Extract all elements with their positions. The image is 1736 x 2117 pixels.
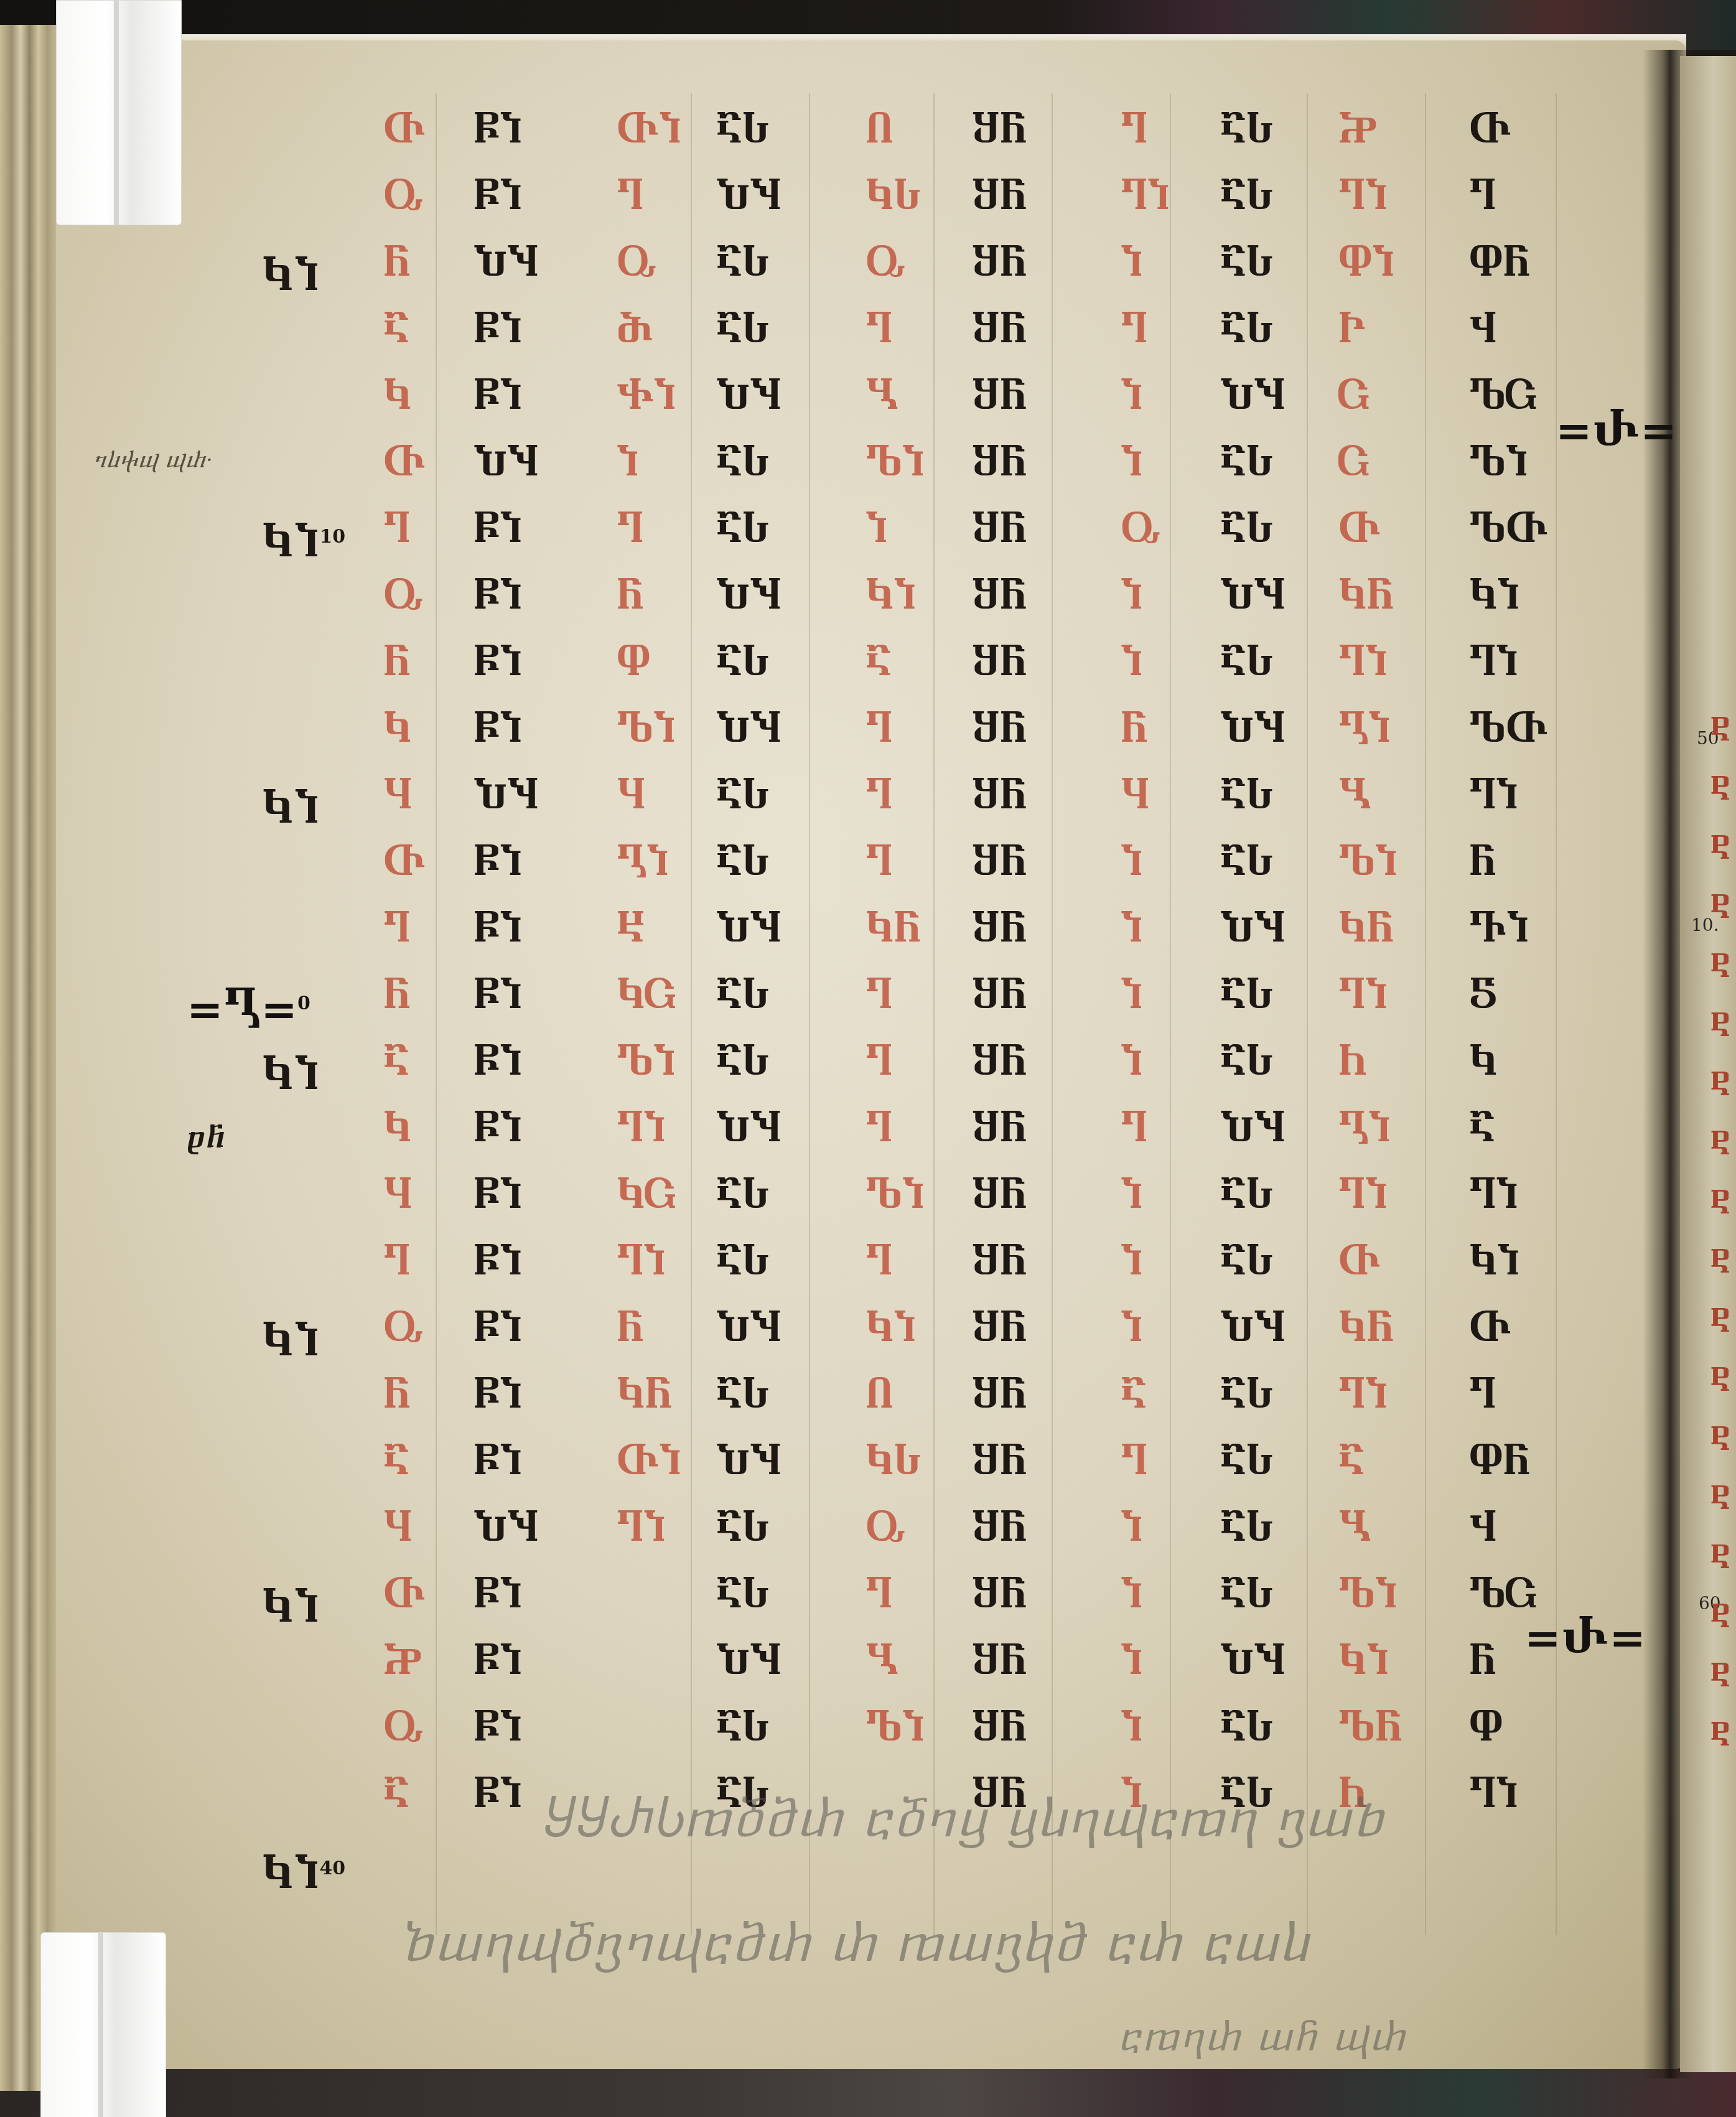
- table-cell: ႼႨ: [473, 578, 521, 614]
- table-cell: ႩႨ: [865, 578, 915, 614]
- table-cell: Ⴄ: [1468, 1377, 1495, 1413]
- table-cell: Ⴞ: [616, 911, 644, 947]
- table-cell: ႪႺ: [1468, 1577, 1537, 1613]
- table-cell: ႪႨ: [616, 1044, 674, 1080]
- table-cell: Ⴄ: [865, 1044, 892, 1080]
- background-cloth-bottom: [0, 2066, 1736, 2117]
- table-cell: ႠႱ: [1220, 1577, 1273, 1613]
- table-cell: ႼႨ: [473, 978, 521, 1014]
- table-cell: ႸႬ: [971, 1177, 1027, 1213]
- table-cell: ႤႨ: [1468, 1177, 1518, 1213]
- table-cell: ႮႯ: [716, 911, 781, 947]
- table-cell: Ⴈ: [1120, 445, 1142, 481]
- table-cell: Ⴈ: [1120, 844, 1142, 881]
- table-cell: Ⴄ: [865, 1244, 892, 1280]
- table-cell: ႩႬ: [1338, 911, 1394, 947]
- facing-page-red-glyph: Ⴒ: [1710, 893, 1730, 925]
- table-cell: Ⴝ: [1468, 978, 1497, 1014]
- table-cell: Ⴈ: [1120, 1244, 1142, 1280]
- table-cell: ႩႺ: [616, 978, 676, 1014]
- table-cell: ႸႬ: [971, 112, 1027, 148]
- table-cell: ႼႨ: [473, 1577, 521, 1613]
- table-cell: ႠႱ: [716, 1710, 769, 1746]
- table-cell: Ⴟ: [383, 1643, 421, 1680]
- table-cell: Ⴣ: [1468, 1510, 1496, 1546]
- left-margin-row-marker: ႩႨ: [261, 786, 320, 833]
- table-cell: ႮႯ: [473, 445, 538, 481]
- table-cell: Ⴄ: [1120, 1444, 1147, 1480]
- facing-page-red-glyph: Ⴒ: [1710, 1189, 1730, 1220]
- table-cell: ႼႨ: [473, 844, 521, 881]
- table-cell: Ⴔ: [616, 645, 650, 681]
- table-cell: ႮႯ: [716, 578, 781, 614]
- table-cell: ႸႬ: [971, 1510, 1027, 1546]
- table-cell: ႩႬ: [1338, 1311, 1394, 1347]
- table-cell: Ⴈ: [1120, 1311, 1142, 1347]
- table-cell: Ⴄ: [1468, 179, 1495, 215]
- table-cell: ႠႱ: [716, 1044, 769, 1080]
- table-cell: Ⴌ: [1468, 1643, 1496, 1680]
- table-cell: ႸႬ: [971, 1377, 1027, 1413]
- table-cell: ႼႨ: [473, 1710, 521, 1746]
- table-cell: ႩႨ: [1468, 1244, 1519, 1280]
- table-cell: ႸႬ: [971, 1643, 1027, 1680]
- table-cell: ႸႬ: [971, 578, 1027, 614]
- table-cell: ႪႨ: [1338, 1577, 1396, 1613]
- table-cell: ႤႨ: [1338, 978, 1387, 1014]
- table-cell: ႠႱ: [716, 1377, 769, 1413]
- table-cell: Ⴡ: [1338, 312, 1366, 348]
- table-cell: ႪႨ: [1338, 844, 1396, 881]
- table-cell: ႸႬ: [971, 1577, 1027, 1613]
- table-cell: ႮႯ: [716, 378, 781, 414]
- table-cell: ႵႨ: [616, 378, 675, 414]
- table-cell: Ⴍ: [616, 245, 656, 281]
- table-cell: ႴႨ: [1338, 245, 1394, 281]
- facing-page-red-glyph: Ⴒ: [1710, 1307, 1730, 1339]
- table-cell: ႠႱ: [1220, 445, 1273, 481]
- table-cell: ႠႱ: [1220, 1177, 1273, 1213]
- table-cell: Ⴇ: [1468, 112, 1511, 148]
- table-cell: Ⴄ: [1120, 1111, 1147, 1147]
- table-cell: ႼႨ: [473, 1643, 521, 1680]
- left-margin-row-marker: ႩႨ: [261, 1052, 320, 1099]
- facing-page-red-glyph: Ⴒ: [1710, 1070, 1730, 1102]
- table-cell: ႤႨ: [1468, 778, 1518, 814]
- table-cell: ႪႧ: [1468, 711, 1547, 747]
- table-cell: ႪႧ: [1468, 512, 1547, 548]
- table-cell: ႮႯ: [1220, 1643, 1285, 1680]
- table-cell: ႼႨ: [473, 1444, 521, 1480]
- table-cell: ႩႺ: [616, 1177, 676, 1213]
- table-cell: Ⴚ: [1338, 378, 1370, 414]
- table-cell: ႤႨ: [1120, 179, 1169, 215]
- table-cell: Ⴈ: [1120, 245, 1142, 281]
- table-cell: ႮႯ: [473, 778, 538, 814]
- table-cell: ႮႯ: [716, 179, 781, 215]
- table-cell: Ⴄ: [865, 312, 892, 348]
- left-ornament-glyph: =Ⴂ=: [187, 983, 297, 1035]
- table-cell: Ⴈ: [1120, 1710, 1142, 1746]
- table-cell: ႼႨ: [473, 378, 521, 414]
- left-margin-row-marker: ႩႨ: [261, 1585, 320, 1632]
- table-cell: ႮႯ: [716, 1643, 781, 1680]
- table-cell: ႠႱ: [716, 312, 769, 348]
- row-marker-glyph: ႩႨ: [261, 520, 320, 566]
- table-cell: Ⴄ: [865, 1111, 892, 1147]
- table-cell: Ⴍ: [383, 1710, 422, 1746]
- table-cell: Ⴈ: [1120, 1510, 1142, 1546]
- facing-page-red-glyph: Ⴒ: [1710, 1543, 1730, 1575]
- table-cell: ႤႨ: [616, 1510, 665, 1546]
- table-cell: ႸႬ: [971, 179, 1027, 215]
- table-cell: ႩႬ: [616, 1377, 672, 1413]
- page-edges-stack: [0, 25, 59, 2091]
- table-cell: ႸႬ: [971, 445, 1027, 481]
- table-cell: ႠႱ: [1220, 978, 1273, 1014]
- table-cell: ႮႯ: [1220, 578, 1285, 614]
- table-cell: ႤႨ: [1338, 645, 1387, 681]
- table-cell: Ⴈ: [1120, 1577, 1142, 1613]
- row-marker-glyph: ႩႨ: [261, 1851, 320, 1898]
- table-cell: ႸႬ: [971, 378, 1027, 414]
- table-cell: ႼႨ: [473, 1111, 521, 1147]
- right-ornament-bottom: =Ⴐ=: [1524, 1618, 1646, 1657]
- table-cell: Ⴗ: [616, 778, 645, 814]
- table-cell: ႸႬ: [971, 245, 1027, 281]
- table-cell: Ⴍ: [865, 1510, 905, 1546]
- table-cell: ႠႱ: [716, 978, 769, 1014]
- table-cell: ႼႨ: [473, 645, 521, 681]
- table-cell: ႩႨ: [1468, 578, 1519, 614]
- table-cell: Ⴚ: [1338, 445, 1370, 481]
- table-cell: Ⴀ: [383, 1777, 409, 1813]
- table-cell: Ⴈ: [1120, 578, 1142, 614]
- table-cell: Ⴍ: [865, 245, 905, 281]
- ruling-line: [933, 93, 935, 1935]
- table-cell: Ⴄ: [1120, 112, 1147, 148]
- facing-page-red-glyph: Ⴒ: [1710, 952, 1730, 984]
- row-marker-glyph: ႩႨ: [261, 1585, 320, 1632]
- table-cell: ႼႨ: [473, 711, 521, 747]
- pencil-note-line-2: ⴆⴍⴄⴓⴃⴂⴈⴓⴀⴋⴐ ⴐ ⴊⴍⴂⴉⴋ ⴀⴐ ⴀⴍⴑ: [404, 1917, 1313, 1973]
- table-cell: Ⴌ: [383, 978, 410, 1014]
- table-cell: Ⴄ: [1120, 312, 1147, 348]
- table-cell: Ⴀ: [1468, 1111, 1495, 1147]
- table-cell: ႸႬ: [971, 1244, 1027, 1280]
- table-cell: ႸႬ: [971, 1311, 1027, 1347]
- table-cell: Ⴄ: [865, 978, 892, 1014]
- table-cell: Ⴉ: [383, 378, 411, 414]
- table-cell: Ⴈ: [1120, 1643, 1142, 1680]
- table-cell: Ⴀ: [383, 1044, 409, 1080]
- table-cell: ႼႨ: [473, 1044, 521, 1080]
- table-cell: ႠႱ: [1220, 645, 1273, 681]
- right-ornament-top: =Ⴐ=: [1556, 411, 1677, 450]
- table-cell: ႢႨ: [616, 844, 668, 881]
- table-cell: ႠႱ: [1220, 778, 1273, 814]
- table-cell: ႮႯ: [716, 1111, 781, 1147]
- table-cell: ႠႱ: [716, 1577, 769, 1613]
- table-cell: Ⴀ: [1120, 1377, 1146, 1413]
- table-cell: Ⴄ: [865, 844, 892, 881]
- table-cell: Ⴈ: [1120, 911, 1142, 947]
- table-cell: Ⴈ: [1120, 978, 1142, 1014]
- left-ornament-sup: 0: [297, 993, 310, 1014]
- ruling-line: [1052, 93, 1053, 1935]
- table-cell: ႪႨ: [865, 445, 923, 481]
- table-cell: ႸႬ: [971, 645, 1027, 681]
- table-cell: Ⴋ: [616, 312, 653, 348]
- page-clip-top: [56, 0, 182, 225]
- ruling-line: [691, 93, 692, 1935]
- left-ornament-note: ⴒⴌ: [187, 1120, 225, 1155]
- table-cell: Ⴄ: [383, 911, 409, 947]
- table-cell: ႼႨ: [473, 1777, 521, 1813]
- table-cell: Ⴟ: [1338, 112, 1376, 148]
- table-cell: ႼႨ: [473, 1244, 521, 1280]
- table-cell: ႸႬ: [971, 1044, 1027, 1080]
- table-cell: ႢႨ: [1338, 711, 1390, 747]
- table-cell: Ⴉ: [1468, 1044, 1496, 1080]
- table-cell: Ⴀ: [1338, 1444, 1364, 1480]
- facing-page-red-glyph: Ⴒ: [1710, 1661, 1730, 1693]
- table-cell: Ⴈ: [1120, 1177, 1142, 1213]
- table-cell: ႠႱ: [1220, 245, 1273, 281]
- table-cell: ႮႯ: [716, 1444, 781, 1480]
- table-cell: ႤႨ: [1338, 1177, 1387, 1213]
- ruling-line: [809, 93, 810, 1935]
- table-cell: ႩႱ: [865, 179, 920, 215]
- table-cell: ႸႬ: [971, 911, 1027, 947]
- table-cell: Ⴁ: [1338, 778, 1370, 814]
- table-cell: ႠႱ: [1220, 1044, 1273, 1080]
- table-cell: ႪႨ: [865, 1710, 923, 1746]
- page-clip-bottom: [40, 1932, 166, 2117]
- table-cell: Ⴄ: [865, 778, 892, 814]
- table-cell: Ⴁ: [1338, 1510, 1370, 1546]
- table-cell: ႤႨ: [616, 1244, 665, 1280]
- table-cell: Ⴀ: [865, 645, 891, 681]
- table-cell: ႮႯ: [1220, 911, 1285, 947]
- table-cell: ႼႨ: [473, 1311, 521, 1347]
- table-cell: ႮႯ: [473, 1510, 538, 1546]
- table-cell: ႩႬ: [1338, 578, 1394, 614]
- table-cell: ႮႯ: [716, 711, 781, 747]
- table-cell: Ⴁ: [865, 1643, 897, 1680]
- table-cell: ႠႱ: [1220, 179, 1273, 215]
- table-cell: ႼႨ: [473, 1377, 521, 1413]
- table-cell: ႤႨ: [1338, 1377, 1387, 1413]
- table-cell: ႼႨ: [473, 1177, 521, 1213]
- table-cell: Ⴇ: [383, 445, 425, 481]
- table-cell: ႪႺ: [1468, 378, 1537, 414]
- table-cell: Ⴉ: [383, 1111, 411, 1147]
- table-cell: Ⴍ: [383, 1311, 422, 1347]
- table-cell: ႤႨ: [1468, 1777, 1518, 1813]
- table-cell: ႴႬ: [1468, 245, 1530, 281]
- table-cell: ႼႨ: [473, 911, 521, 947]
- table-cell: ႸႬ: [971, 1444, 1027, 1480]
- table-cell: Ⴗ: [383, 1177, 411, 1213]
- row-marker-glyph: ႩႨ: [261, 1319, 320, 1365]
- table-cell: Ⴁ: [865, 378, 897, 414]
- row-marker-number: 40: [320, 1858, 346, 1879]
- facing-page-red-glyph: Ⴒ: [1710, 1484, 1730, 1516]
- table-cell: Ⴈ: [1120, 378, 1142, 414]
- table-cell: ႤႨ: [616, 1111, 665, 1147]
- table-cell: Ⴄ: [865, 711, 892, 747]
- table-cell: ႩႬ: [865, 911, 921, 947]
- table-cell: Ⴌ: [383, 1377, 410, 1413]
- table-cell: ႠႱ: [1220, 112, 1273, 148]
- table-cell: Ⴈ: [1120, 1044, 1142, 1080]
- table-cell: Ⴇ: [383, 112, 425, 148]
- table-cell: ႪႨ: [616, 711, 674, 747]
- table-cell: ႸႬ: [971, 1710, 1027, 1746]
- table-cell: ႠႱ: [716, 1244, 769, 1280]
- table-cell: ႩႨ: [1338, 1643, 1388, 1680]
- table-cell: ႧႨ: [616, 1444, 681, 1480]
- table-cell: ႮႯ: [1220, 1111, 1285, 1147]
- left-margin-row-marker: ႩႨ: [261, 1319, 320, 1365]
- table-cell: Ⴌ: [616, 1311, 643, 1347]
- table-cell: ႢႨ: [1338, 1111, 1390, 1147]
- table-cell: ႸႬ: [971, 978, 1027, 1014]
- table-cell: Ⴗ: [383, 778, 411, 814]
- left-margin-row-marker: ႩႨ10: [261, 520, 345, 566]
- row-marker-glyph: ႩႨ: [261, 1052, 320, 1099]
- table-cell: ႪႬ: [1338, 1710, 1402, 1746]
- table-cell: ႼႨ: [473, 112, 521, 148]
- row-marker-glyph: ႩႨ: [261, 786, 320, 833]
- table-cell: ႤႨ: [1468, 645, 1518, 681]
- table-cell: ႮႯ: [1220, 378, 1285, 414]
- table-cell: Ⴇ: [1338, 1244, 1380, 1280]
- table-cell: ႠႱ: [716, 844, 769, 881]
- table-cell: Ⴀ: [383, 1444, 409, 1480]
- table-cell: Ⴍ: [1120, 512, 1160, 548]
- table-cell: ႮႯ: [1220, 711, 1285, 747]
- table-cell: Ⴉ: [383, 711, 411, 747]
- table-cell: ႮႯ: [716, 1311, 781, 1347]
- facing-page-red-glyph: Ⴒ: [1710, 1721, 1730, 1752]
- table-cell: ႸႬ: [971, 778, 1027, 814]
- table-cell: Ⴌ: [1120, 711, 1147, 747]
- table-cell: ႠႱ: [716, 512, 769, 548]
- table-cell: Ⴄ: [383, 512, 409, 548]
- table-cell: Ⴇ: [383, 844, 425, 881]
- table-cell: ႠႱ: [716, 112, 769, 148]
- table-cell: ႩႱ: [865, 1444, 920, 1480]
- table-cell: ႸႬ: [971, 711, 1027, 747]
- table-cell: Ⴣ: [1468, 312, 1496, 348]
- facing-page-red-glyph: Ⴒ: [1710, 1366, 1730, 1398]
- table-cell: Ⴈ: [1120, 645, 1142, 681]
- left-ornament: =Ⴂ=0: [187, 989, 310, 1029]
- table-cell: ႼႨ: [473, 512, 521, 548]
- facing-page-red-glyph: Ⴒ: [1710, 716, 1730, 747]
- table-cell: Ⴖ: [865, 112, 893, 148]
- table-cell: ႠႱ: [1220, 512, 1273, 548]
- table-cell: ႪႨ: [1468, 445, 1527, 481]
- table-cell: ႠႱ: [716, 645, 769, 681]
- table-cell: ႠႱ: [716, 1510, 769, 1546]
- table-cell: ႠႱ: [1220, 312, 1273, 348]
- left-margin-row-marker: ႩႨ40: [261, 1851, 345, 1898]
- facing-page-red-glyph: Ⴒ: [1710, 834, 1730, 866]
- margin-side-note: ⴈⴑⴕⴓ ⴓⴐ·: [93, 448, 213, 473]
- table-cell: ႼႨ: [473, 179, 521, 215]
- facing-page-red-glyph: Ⴒ: [1710, 1602, 1730, 1634]
- table-cell: Ⴀ: [383, 312, 409, 348]
- facing-page-red-glyph: Ⴒ: [1710, 1248, 1730, 1279]
- facing-page-red-glyph: Ⴒ: [1710, 1011, 1730, 1043]
- table-cell: Ⴔ: [1468, 1710, 1503, 1746]
- facing-page-edge: [1680, 56, 1736, 2072]
- table-cell: Ⴇ: [1468, 1311, 1511, 1347]
- table-cell: ႠႱ: [716, 778, 769, 814]
- table-cell: ႮႯ: [1220, 1311, 1285, 1347]
- table-cell: ႸႬ: [971, 1111, 1027, 1147]
- table-cell: ႸႬ: [971, 512, 1027, 548]
- table-cell: Ⴙ: [1338, 1044, 1366, 1080]
- pencil-note-line-1: ႸႸႰႱⴊⴃⴋⴐ ⴀⴃⴈⴁ ⴁⴑⴄⴓⴀⴊⴄ ⴂⴍⴆ: [541, 1792, 1388, 1848]
- table-cell: Ⴌ: [1468, 844, 1496, 881]
- table-cell: ႠႱ: [1220, 1444, 1273, 1480]
- table-cell: Ⴄ: [616, 179, 643, 215]
- table-cell: ႤႨ: [1338, 179, 1387, 215]
- table-cell: Ⴌ: [383, 645, 410, 681]
- table-cell: ႠႱ: [716, 445, 769, 481]
- table-cell: ႠႱ: [1220, 1244, 1273, 1280]
- table-cell: ႥႨ: [1468, 911, 1528, 947]
- table-cell: Ⴄ: [383, 1244, 409, 1280]
- table-cell: ႠႱ: [1220, 1377, 1273, 1413]
- row-marker-glyph: ႩႨ: [261, 253, 320, 300]
- facing-page-red-glyph: Ⴒ: [1710, 1129, 1730, 1161]
- table-cell: Ⴍ: [383, 578, 422, 614]
- table-cell: Ⴖ: [865, 1377, 893, 1413]
- table-cell: Ⴈ: [865, 512, 887, 548]
- table-cell: ႸႬ: [971, 312, 1027, 348]
- facing-page-red-glyph: Ⴒ: [1710, 1425, 1730, 1457]
- table-cell: Ⴗ: [1120, 778, 1149, 814]
- facing-page-red-glyph: Ⴒ: [1710, 775, 1730, 806]
- ruling-line: [1425, 93, 1426, 1935]
- table-cell: ႴႬ: [1468, 1444, 1530, 1480]
- table-cell: Ⴈ: [616, 445, 638, 481]
- ruling-line: [1170, 93, 1171, 1935]
- ruling-line: [436, 93, 437, 1935]
- table-cell: ႪႨ: [865, 1177, 923, 1213]
- table-cell: ႼႨ: [473, 312, 521, 348]
- table-cell: ႠႱ: [1220, 1710, 1273, 1746]
- table-cell: Ⴇ: [383, 1577, 425, 1613]
- pencil-note-line-3: ⴀⴊⴄⴐ ⴍⴌ ⴓⴐ: [1120, 2016, 1409, 2060]
- left-margin-row-marker: ႩႨ: [261, 253, 320, 300]
- table-cell: Ⴗ: [383, 1510, 411, 1546]
- ruling-line: [1307, 93, 1308, 1935]
- table-cell: ႩႨ: [865, 1311, 915, 1347]
- table-cell: Ⴇ: [1338, 512, 1380, 548]
- table-cell: ႮႯ: [473, 245, 538, 281]
- table-cell: ႸႬ: [971, 844, 1027, 881]
- table-cell: Ⴌ: [383, 245, 410, 281]
- table-cell: ႧႨ: [616, 112, 681, 148]
- table-cell: ႠႱ: [716, 245, 769, 281]
- table-cell: Ⴍ: [383, 179, 422, 215]
